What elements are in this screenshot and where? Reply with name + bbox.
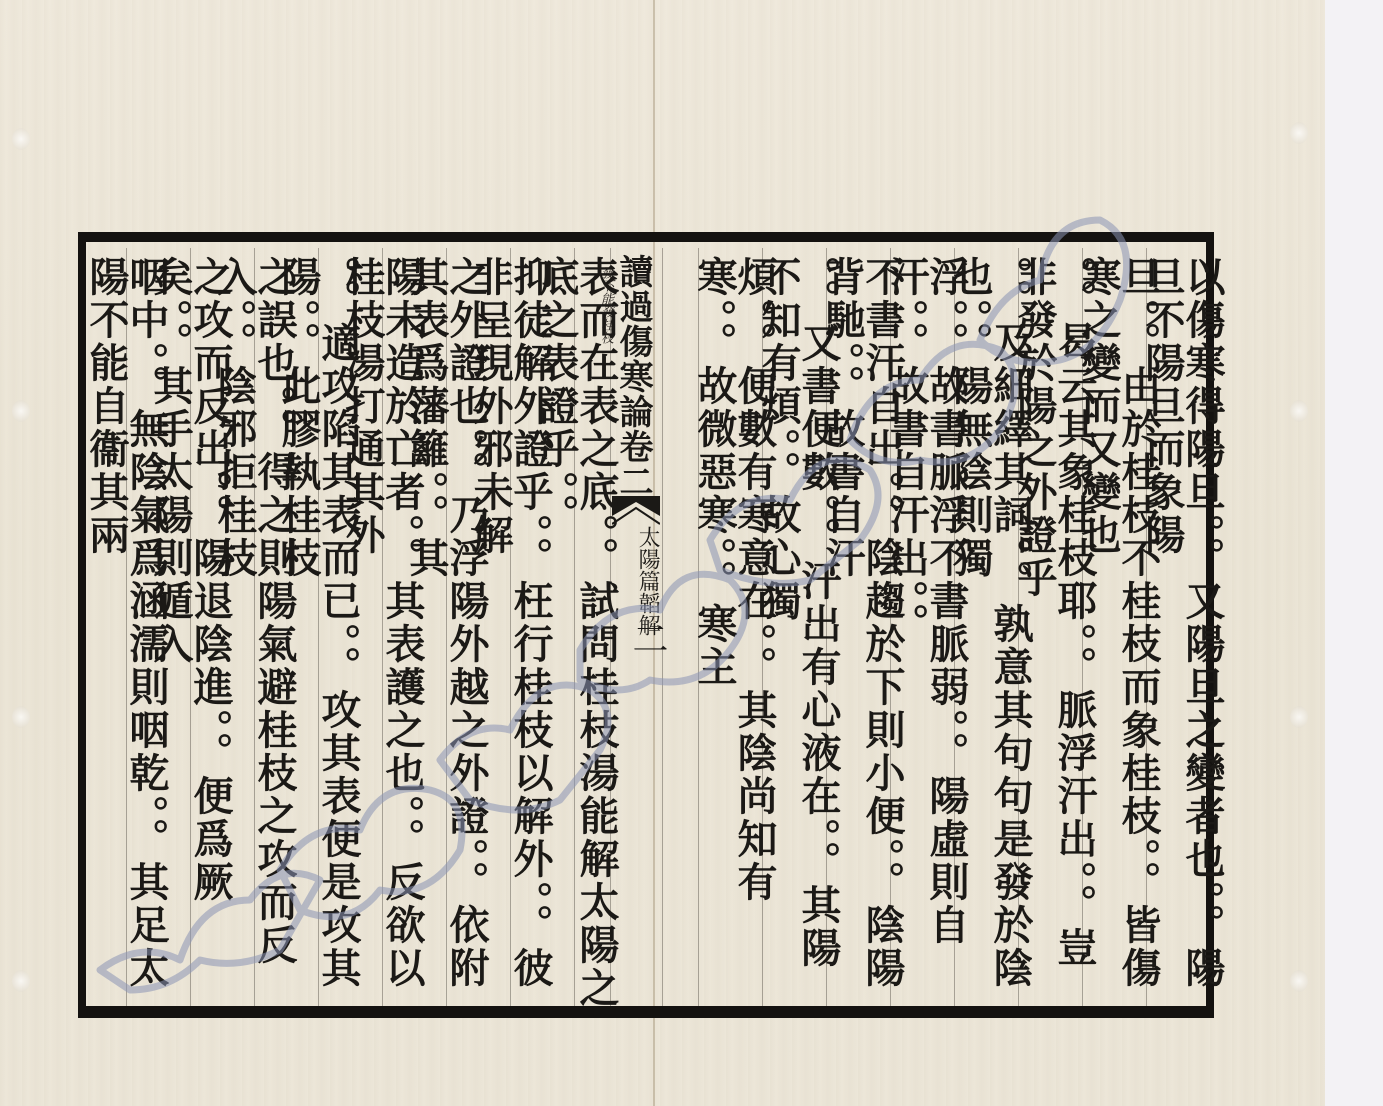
scan-margin [1325, 0, 1383, 1106]
page-number: 二 [622, 620, 673, 656]
emboss-mark [12, 970, 30, 992]
emboss-mark [12, 400, 30, 422]
emboss-mark [12, 128, 30, 150]
emboss-mark [1290, 122, 1308, 144]
emboss-mark [1290, 400, 1308, 422]
column-text: 咽中。。無陰氣爲涵濡則咽乾。。其足太陽不能自衞其兩 [86, 256, 166, 1010]
emboss-mark [12, 706, 30, 728]
emboss-mark [1290, 970, 1308, 992]
text-column: 煩。。便數有寒意在。。其陰尚知有寒。。故微惡寒。。寒主 [704, 244, 764, 1010]
column-text: 煩。。便數有寒意在。。其陰尚知有寒。。故微惡寒。。寒主 [694, 256, 774, 1010]
emboss-mark [1290, 706, 1308, 728]
text-column: 咽中。。無陰氣爲涵濡則咽乾。。其足太陽不能自衞其兩 [96, 244, 156, 1010]
text-column: 表而在表之底。。試問桂枝湯能解太陽之底之表證乎。。 [546, 244, 606, 1010]
book-title: 讀過傷寒論卷二 [616, 254, 650, 499]
